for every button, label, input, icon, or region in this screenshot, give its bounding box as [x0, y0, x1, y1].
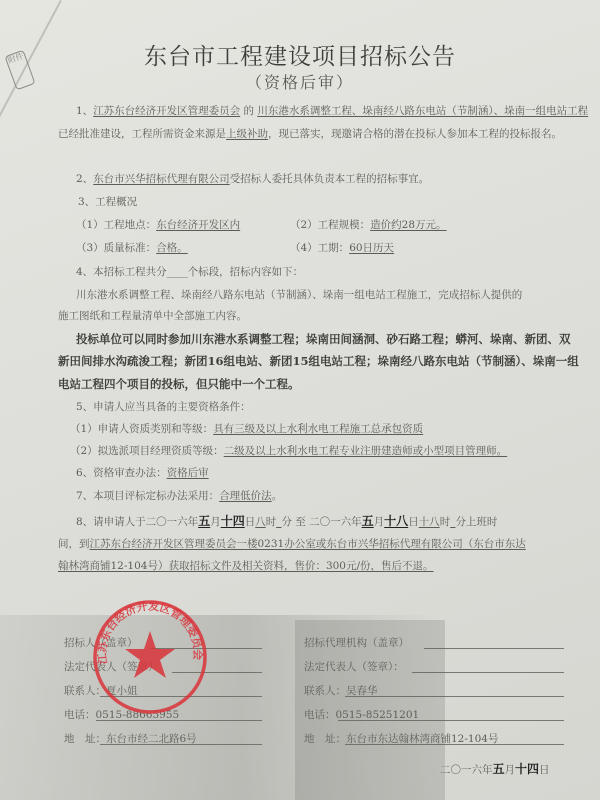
section-8-line-3: 翰林湾商铺12-104号）获取招标文件及相关资料，售价：300元/份，售后不退。	[58, 558, 434, 573]
location-value: 东台经济开发区内	[156, 219, 240, 231]
section-8-line-2: 间，到江苏东台经济开发区管理委员会一楼0231办公室或东台市兴华招标代理有限公司…	[58, 536, 526, 551]
review-method-label: 6、资格审查办法：	[76, 467, 167, 479]
agent-rest: 受招标人委托具体负责本工程的招标事宜。	[230, 173, 430, 185]
agent-name: 东台市兴华招标代理有限公司	[93, 173, 230, 185]
end-month: 五	[362, 514, 374, 528]
duration: （4）工期：60日历天	[290, 240, 394, 255]
section-7: 7、本项目评标定标办法采用：合理低价法。	[76, 488, 282, 503]
section-5-heading: 5、申请人应当具备的主要资格条件：	[76, 399, 251, 414]
section-count-blank: ____	[167, 266, 188, 278]
qualification-2: （2）拟选派项目经理资质等级：二级及以上水利水电工程专业注册建造师或小型项目管理…	[70, 443, 507, 458]
section-4-heading-b: 个标段，招标内容如下：	[188, 266, 304, 278]
section-1-line-2: 已经批准建设，工程所需资金来源是上级补助，现已落实，现邀请合格的潜在投标人参加本…	[58, 126, 562, 141]
pickup-place: 江苏东台经济开发区管理委员会一楼0231办公室或东台市兴华招标代理有限公司（东台…	[90, 538, 526, 550]
issue-date: 二〇一六年五月十四日	[440, 760, 550, 777]
s8-e: 分 至 二〇一六年	[281, 516, 361, 528]
bid-note-1: 投标单位可以同时参加川东港水系调整工程；垛南田间涵洞、砂石路工程；蟒河、垛南、新…	[76, 331, 571, 347]
section-7-end: 。	[272, 490, 283, 502]
evaluation-method-label: 7、本项目评标定标办法采用：	[76, 490, 219, 502]
document-subtitle: （资格后审）	[0, 70, 600, 93]
section-4-heading-a: 4、本招标工程共分	[76, 266, 167, 278]
tenderer-name: 江苏东台经济开发区管理委员会	[93, 105, 240, 117]
s8-b: 月	[210, 516, 221, 528]
bid-note-3: 电站工程四个项目的投标，但只能中一个工程。	[58, 376, 300, 392]
start-day: 十四	[221, 514, 245, 528]
start-month: 五	[198, 514, 210, 528]
location-label: （1）工程地点：	[76, 219, 156, 231]
section-1-line-1: 1、江苏东台经济开发区管理委员会 的 川东港水系调整工程、垛南经八路东电站（节制…	[76, 103, 588, 118]
s8-c: 日	[245, 516, 256, 528]
s8-line2-a: 间，到	[58, 538, 90, 550]
bid-note-2: 新田间排水沟疏浚工程；新团16组电站、新团15组电站工程；垛南经八路东电站（节制…	[58, 353, 579, 369]
duration-label: （4）工期：	[290, 242, 349, 254]
approval-text: 已经批准建设，工程所需资金来源是	[58, 128, 226, 140]
agent-seal-line	[424, 648, 564, 649]
project-scale: （2）工程规模：造价约28万元。	[290, 217, 447, 232]
s8-f: 月	[374, 516, 385, 528]
project-name: 川东港水系调整工程、垛南经八路东电站（节制涵）、垛南一组电站工程	[257, 105, 588, 117]
duration-value: 60日历天	[349, 242, 394, 254]
photo-shadow-2	[295, 620, 445, 800]
s8-d: 时	[266, 516, 277, 528]
quality-value: 合格。	[156, 242, 188, 254]
official-seal-icon: 江苏东台经济开发区管理委员会	[90, 595, 210, 715]
date-prefix: 二〇一六年	[440, 764, 493, 776]
section-6: 6、资格审查办法：资格后审	[76, 465, 209, 480]
scale-value: 造价约28万元。	[370, 219, 446, 231]
section-1-prefix: 1、	[76, 105, 93, 117]
scale-label: （2）工程规模：	[290, 219, 370, 231]
fund-source: 上级补助	[226, 128, 268, 140]
section-4-content-1: 川东港水系调整工程、垛南经八路东电站（节制涵）、垛南一组电站工程施工，完成招标人…	[76, 287, 522, 302]
section-4-heading: 4、本招标工程共分____个标段，招标内容如下：	[76, 264, 303, 279]
qualification-2-label: （2）拟选派项目经理资质等级：	[70, 445, 224, 457]
date-month: 五	[493, 762, 505, 776]
evaluation-method-value: 合理低价法	[219, 490, 272, 502]
section-4-content-2: 施工图纸和工程量清单中全部施工内容。	[58, 308, 247, 323]
end-hour: 十八	[419, 516, 440, 528]
section-2-prefix: 2、	[76, 173, 93, 185]
quality-label: （3）质量标准：	[76, 242, 156, 254]
qualification-2-value: 二级及以上水利水电工程专业注册建造师或小型项目管理师。	[224, 445, 508, 457]
invite-text: ，现已落实，现邀请合格的潜在投标人参加本工程的投标报名。	[268, 128, 562, 140]
date-mid: 月	[505, 764, 516, 776]
date-suffix: 日	[539, 764, 550, 776]
section-8-line-1: 8、请申请人于二〇一六年五月十四日八时_分 至 二〇一六年五月十八日十八时_分上…	[76, 512, 497, 529]
section-3-heading: 3、工程概况	[78, 194, 137, 209]
document-title: 东台市工程建设项目招标公告	[0, 38, 600, 71]
qualification-1-value: 具有三级及以上水利水电工程施工总承包资质	[213, 423, 423, 435]
review-method-value: 资格后审	[167, 467, 209, 479]
qualification-1-label: （1）申请人资质类别和等级：	[70, 423, 213, 435]
s8-g: 日	[408, 516, 419, 528]
pickup-place-2: 翰林湾商铺12-104号）获取招标文件及相关资料，售价：300元/份，售后不退。	[58, 560, 434, 572]
start-hour: 八	[255, 516, 266, 528]
s8-h: 时	[440, 516, 451, 528]
project-location: （1）工程地点：东台经济开发区内	[76, 217, 240, 232]
section-2-line: 2、东台市兴华招标代理有限公司受招标人委托具体负责本工程的招标事宜。	[76, 171, 429, 186]
quality-standard: （3）质量标准：合格。	[76, 240, 188, 255]
text-of: 的	[244, 105, 255, 117]
s8-a: 8、请申请人于二〇一六年	[76, 516, 198, 528]
qualification-1: （1）申请人资质类别和等级：具有三级及以上水利水电工程施工总承包资质	[70, 421, 423, 436]
date-day: 十四	[515, 762, 539, 776]
end-day: 十八	[384, 514, 408, 528]
s8-i: 分上班时	[455, 516, 497, 528]
